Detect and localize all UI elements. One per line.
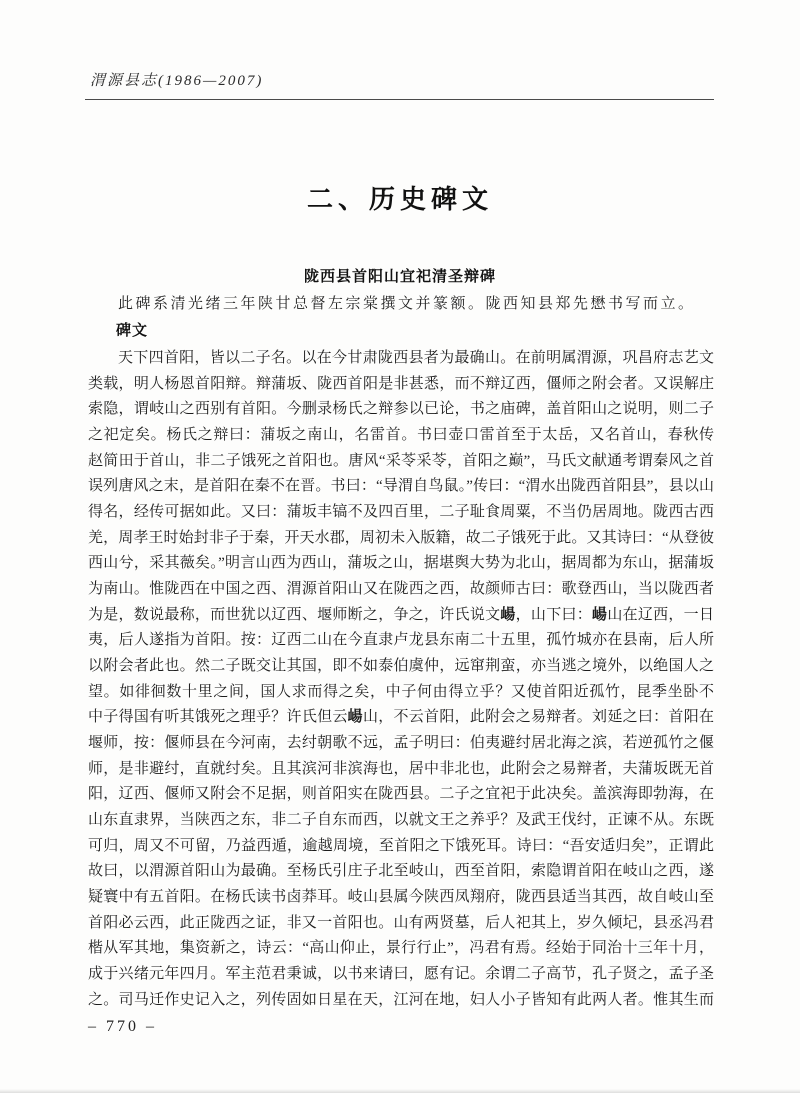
body-line: 中子得国有听其饿死之理乎？许氏但云崵山，不云首阳，此附会之易辩者。刘延之曰：首阳…: [88, 705, 714, 731]
body-line: 误列唐风之末，是首阳在秦不在晋。书曰：“导渭自鸟鼠。”传曰：“渭水出陇西首阳县”…: [88, 474, 714, 500]
body-line: 为南山。惟陇西在中国之西、渭源首阳山又在陇西之西，故颜师古曰：歌登西山，当以陇西…: [88, 577, 714, 603]
body-line: 之。司马迁作史记入之，列传固如日星在天，江河在地，妇人小子皆知有此两人者。惟其生…: [88, 988, 714, 1014]
scanned-book-page: 渭源县志(1986—2007) 二、历史碑文 陇西县首阳山宜祀清圣辩碑 此碑系清…: [0, 0, 800, 1093]
body-line: 赵简田于首山，非二子饿死之首阳也。唐风“采苓采苓，首阳之巅”，马氏文献通考谓秦风…: [88, 449, 714, 475]
page-number: – 770 –: [88, 1018, 157, 1036]
body-line: 夷，后人遂指为首阳。按：辽西二山在今直隶卢龙县东南二十五里，孤竹城亦在县南，后人…: [88, 628, 714, 654]
body-line: 故曰，以渭源首阳山为最确。至杨氏引庄子北至岐山，西至首阳，索隐谓首阳在岐山之西，…: [88, 859, 714, 885]
body-line: 楷从军其地，集资新之，诗云：“高山仰止，景行行止”，冯君有焉。经始于同治十三年十…: [88, 936, 714, 962]
body-line: 西山兮，采其薇矣。”明言山西为西山，蒲坂之山，据堪舆大势为北山，据周都为东山，据…: [88, 551, 714, 577]
body-line: 山东直隶界，当陕西之东，非二子自东而西，以就文王之养乎？及武王伐纣，正谏不从。东…: [88, 808, 714, 834]
body-line: 首阳必云西，此正陇西之证，非又一首阳也。山有两贤墓，后人祀其上，岁久倾圮，县丞冯…: [88, 911, 714, 937]
header-rule: [85, 99, 714, 100]
body-line: 疑寰中有五首阳。在杨氏读书卤莽耳。岐山县属今陕西凤翔府，陇西县适当其西，故自岐山…: [88, 885, 714, 911]
body-line: 类载，明人杨恩首阳辩。辩蒲坂、陇西首阳是非甚悉，而不辩辽西，僵师之附会者。又误解…: [88, 372, 714, 398]
body-text: 天下四首阳，皆以二子名。以在今甘肃陇西县者为最确山。在前明属渭源，巩昌府志艺文类…: [88, 346, 714, 1013]
body-line: 为是，数说最称，而世犹以辽西、堰师断之，争之，许氏说文崵，山下曰：崵山在辽西，一…: [88, 603, 714, 629]
body-line: 天下四首阳，皆以二子名。以在今甘肃陇西县者为最确山。在前明属渭源，巩昌府志艺文: [88, 346, 714, 372]
body-line: 可归，周又不可留，乃益西遁，逾越周境，至首阳之下饿死耳。诗曰：“吾安适归矣”，正…: [88, 834, 714, 860]
scan-bottom-edge: [0, 1089, 800, 1093]
article-title: 陇西县首阳山宜祀清圣辩碑: [0, 265, 800, 286]
intro-paragraph: 此碑系清光绪三年陕甘总督左宗棠撰文并篆额。陇西知县郑先懋书写而立。: [88, 293, 714, 315]
body-line: 师，是非避纣，直就纣矣。且其滨河非滨海也，居中非北也，此附会之易辩者，夫蒲坂既无…: [88, 757, 714, 783]
body-line: 成于兴绪元年四月。军主范君秉诚，以书来请曰，愿有记。余谓二子高节，孔子贤之，孟子…: [88, 962, 714, 988]
body-line: 之祀定矣。杨氏之辩曰：蒲坂之南山，名雷首。书曰壶口雷首至于太岳，又名首山，春秋传…: [88, 423, 714, 449]
section-title: 二、历史碑文: [0, 179, 800, 216]
running-header: 渭源县志(1986—2007): [90, 69, 263, 90]
body-line: 阳，辽西、偃师又附会不足据，则首阳实在陇西县。二子之宜祀于此决矣。盖滨海即勃海，…: [88, 782, 714, 808]
body-line: 索隐，谓岐山之西别有首阳。今删录杨氏之辩参以已论，书之庙碑，盖首阳山之说明，则二…: [88, 397, 714, 423]
body-line: 以附会者此也。然二子既交让其国，即不如泰伯虞仲，远窜荆蛮，亦当逃之境外，以绝国人…: [88, 654, 714, 680]
inscription-subheading: 碑文: [116, 319, 148, 340]
body-line: 羌，周孝王时始封非子于秦，开天水郡，周初未入版籍，故二子饿死于此。又其诗曰：“从…: [88, 526, 714, 552]
body-line: 得名，经传可据如此。又曰：蒲坂丰镐不及四百里，二子耻食周粟，不当仍居周地。陇西古…: [88, 500, 714, 526]
body-line: 堰师，按：偃师县在今河南，去纣朝歌不远，孟子明曰：伯夷避纣居北海之滨，若逆孤竹之…: [88, 731, 714, 757]
body-line: 望。如徘徊数十里之间，国人求而得之矣，中子何由得立乎？又使首阳近孤竹，昆季坐卧不…: [88, 680, 714, 706]
